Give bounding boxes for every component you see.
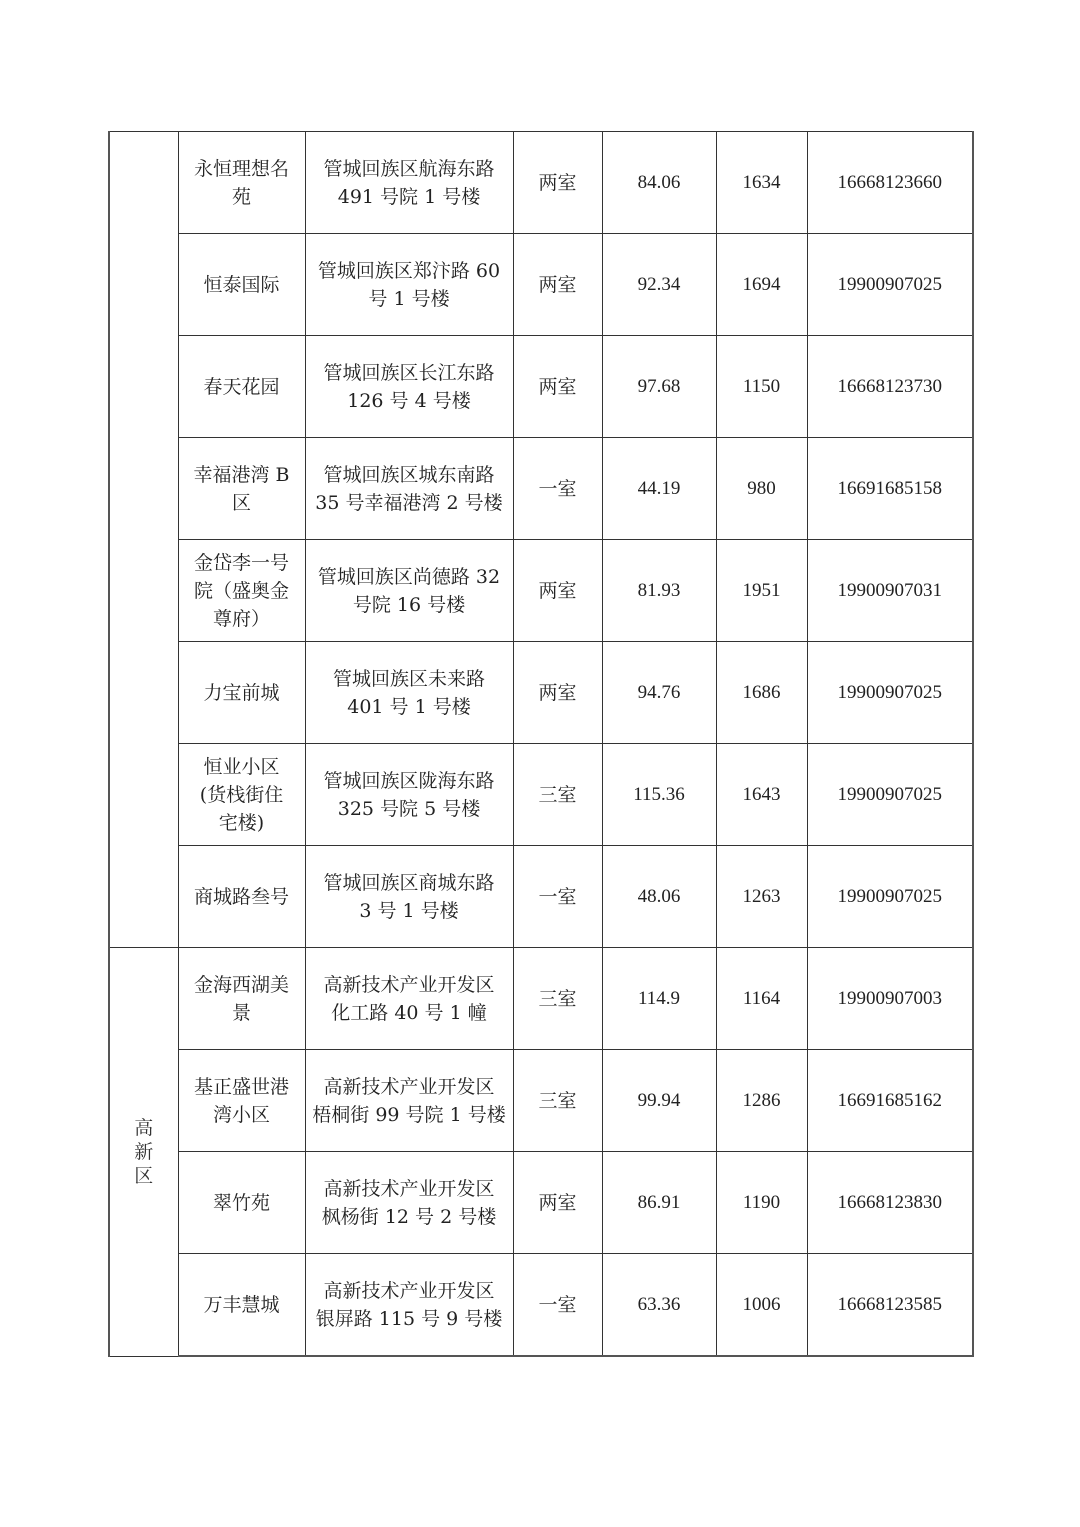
phone-cell: 16668123585 — [807, 1254, 973, 1357]
phone-cell: 16668123660 — [807, 132, 973, 234]
address-cell: 高新技术产业开发区 银屏路 115 号 9 号楼 — [305, 1254, 513, 1357]
address-cell: 管城回族区商城东路 3 号 1 号楼 — [305, 846, 513, 948]
room-type-cell: 三室 — [513, 948, 602, 1050]
community-name-cell: 永恒理想名 苑 — [178, 132, 305, 234]
area-cell: 48.06 — [602, 846, 716, 948]
room-type-cell: 两室 — [513, 234, 602, 336]
table-body: 永恒理想名 苑管城回族区航海东路 491 号院 1 号楼两室84.0616341… — [109, 132, 973, 1357]
room-type-cell: 两室 — [513, 642, 602, 744]
area-cell: 94.76 — [602, 642, 716, 744]
table-row: 商城路叁号管城回族区商城东路 3 号 1 号楼一室48.061263199009… — [109, 846, 973, 948]
phone-cell: 19900907025 — [807, 234, 973, 336]
community-name-cell: 恒泰国际 — [178, 234, 305, 336]
phone-cell: 19900907025 — [807, 846, 973, 948]
district-label: 高新区 — [133, 1116, 154, 1188]
area-cell: 81.93 — [602, 540, 716, 642]
table-row: 永恒理想名 苑管城回族区航海东路 491 号院 1 号楼两室84.0616341… — [109, 132, 973, 234]
housing-listing-table: 永恒理想名 苑管城回族区航海东路 491 号院 1 号楼两室84.0616341… — [108, 131, 974, 1357]
table-row: 幸福港湾 B 区管城回族区城东南路 35 号幸福港湾 2 号楼一室44.1998… — [109, 438, 973, 540]
community-name-cell: 金岱李一号 院（盛奥金 尊府） — [178, 540, 305, 642]
rent-cell: 1164 — [716, 948, 807, 1050]
rent-cell: 1686 — [716, 642, 807, 744]
table-row: 基正盛世港 湾小区高新技术产业开发区 梧桐街 99 号院 1 号楼三室99.94… — [109, 1050, 973, 1152]
community-name-cell: 商城路叁号 — [178, 846, 305, 948]
rent-cell: 1951 — [716, 540, 807, 642]
room-type-cell: 一室 — [513, 1254, 602, 1357]
phone-cell: 16668123730 — [807, 336, 973, 438]
area-cell: 115.36 — [602, 744, 716, 846]
phone-cell: 19900907025 — [807, 642, 973, 744]
area-cell: 97.68 — [602, 336, 716, 438]
community-name-cell: 基正盛世港 湾小区 — [178, 1050, 305, 1152]
room-type-cell: 一室 — [513, 438, 602, 540]
address-cell: 高新技术产业开发区 梧桐街 99 号院 1 号楼 — [305, 1050, 513, 1152]
community-name-cell: 幸福港湾 B 区 — [178, 438, 305, 540]
room-type-cell: 一室 — [513, 846, 602, 948]
address-cell: 管城回族区陇海东路 325 号院 5 号楼 — [305, 744, 513, 846]
rent-cell: 1634 — [716, 132, 807, 234]
community-name-cell: 恒业小区 (货栈街住 宅楼) — [178, 744, 305, 846]
table-row: 金岱李一号 院（盛奥金 尊府）管城回族区尚德路 32 号院 16 号楼两室81.… — [109, 540, 973, 642]
room-type-cell: 两室 — [513, 1152, 602, 1254]
phone-cell: 19900907031 — [807, 540, 973, 642]
area-cell: 63.36 — [602, 1254, 716, 1357]
community-name-cell: 春天花园 — [178, 336, 305, 438]
address-cell: 高新技术产业开发区 化工路 40 号 1 幢 — [305, 948, 513, 1050]
address-cell: 管城回族区郑汴路 60 号 1 号楼 — [305, 234, 513, 336]
rent-cell: 1190 — [716, 1152, 807, 1254]
room-type-cell: 两室 — [513, 336, 602, 438]
address-cell: 高新技术产业开发区 枫杨街 12 号 2 号楼 — [305, 1152, 513, 1254]
table-row: 翠竹苑高新技术产业开发区 枫杨街 12 号 2 号楼两室86.911190166… — [109, 1152, 973, 1254]
room-type-cell: 三室 — [513, 1050, 602, 1152]
rent-cell: 1006 — [716, 1254, 807, 1357]
table-row: 高新区金海西湖美 景高新技术产业开发区 化工路 40 号 1 幢三室114.91… — [109, 948, 973, 1050]
room-type-cell: 两室 — [513, 540, 602, 642]
area-cell: 84.06 — [602, 132, 716, 234]
area-cell: 99.94 — [602, 1050, 716, 1152]
room-type-cell: 两室 — [513, 132, 602, 234]
rent-cell: 1643 — [716, 744, 807, 846]
community-name-cell: 翠竹苑 — [178, 1152, 305, 1254]
address-cell: 管城回族区长江东路 126 号 4 号楼 — [305, 336, 513, 438]
phone-cell: 16668123830 — [807, 1152, 973, 1254]
table-row: 春天花园管城回族区长江东路 126 号 4 号楼两室97.68115016668… — [109, 336, 973, 438]
address-cell: 管城回族区尚德路 32 号院 16 号楼 — [305, 540, 513, 642]
area-cell: 44.19 — [602, 438, 716, 540]
district-cell: 高新区 — [109, 948, 178, 1357]
community-name-cell: 万丰慧城 — [178, 1254, 305, 1357]
table-row: 恒泰国际管城回族区郑汴路 60 号 1 号楼两室92.3416941990090… — [109, 234, 973, 336]
table-row: 恒业小区 (货栈街住 宅楼)管城回族区陇海东路 325 号院 5 号楼三室115… — [109, 744, 973, 846]
phone-cell: 19900907003 — [807, 948, 973, 1050]
room-type-cell: 三室 — [513, 744, 602, 846]
table-row: 力宝前城管城回族区未来路 401 号 1 号楼两室94.761686199009… — [109, 642, 973, 744]
area-cell: 86.91 — [602, 1152, 716, 1254]
phone-cell: 19900907025 — [807, 744, 973, 846]
phone-cell: 16691685158 — [807, 438, 973, 540]
rent-cell: 1263 — [716, 846, 807, 948]
document-page: 永恒理想名 苑管城回族区航海东路 491 号院 1 号楼两室84.0616341… — [0, 0, 1080, 1527]
community-name-cell: 金海西湖美 景 — [178, 948, 305, 1050]
rent-cell: 1286 — [716, 1050, 807, 1152]
table-row: 万丰慧城高新技术产业开发区 银屏路 115 号 9 号楼一室63.3610061… — [109, 1254, 973, 1357]
phone-cell: 16691685162 — [807, 1050, 973, 1152]
address-cell: 管城回族区城东南路 35 号幸福港湾 2 号楼 — [305, 438, 513, 540]
district-cell — [109, 132, 178, 948]
rent-cell: 1150 — [716, 336, 807, 438]
address-cell: 管城回族区未来路 401 号 1 号楼 — [305, 642, 513, 744]
rent-cell: 1694 — [716, 234, 807, 336]
area-cell: 92.34 — [602, 234, 716, 336]
area-cell: 114.9 — [602, 948, 716, 1050]
rent-cell: 980 — [716, 438, 807, 540]
address-cell: 管城回族区航海东路 491 号院 1 号楼 — [305, 132, 513, 234]
community-name-cell: 力宝前城 — [178, 642, 305, 744]
